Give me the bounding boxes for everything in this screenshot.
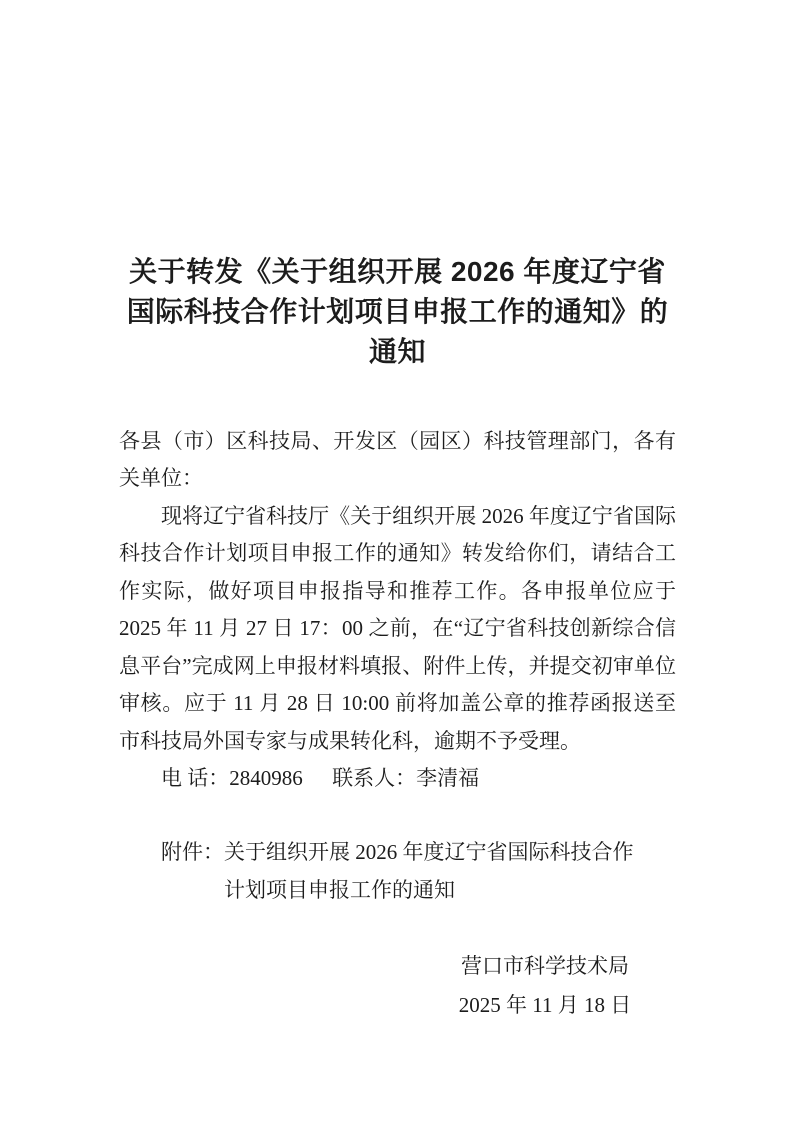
contact-person-label: 联系人： <box>332 766 416 790</box>
contact-line: 电 话：2840986联系人：李清福 <box>119 760 676 798</box>
document-page: 关于转发《关于组织开展 2026 年度辽宁省 国际科技合作计划项目申报工作的通知… <box>0 0 793 1122</box>
phone-number: 2840986 <box>229 766 303 790</box>
attachment-title-line-2: 计划项目申报工作的通知 <box>224 871 634 909</box>
salutation: 各县（市）区科技局、开发区（园区）科技管理部门，各有关单位： <box>119 423 676 498</box>
body-paragraph: 现将辽宁省科技厅《关于组织开展 2026 年度辽宁省国际科技合作计划项目申报工作… <box>119 498 676 761</box>
signature-date: 2025 年 11 月 18 日 <box>425 986 665 1025</box>
document-title-line-1: 关于转发《关于组织开展 2026 年度辽宁省 <box>119 252 676 292</box>
signature-issuer: 营口市科学技术局 <box>425 947 665 986</box>
attachment-title-line-1: 关于组织开展 2026 年度辽宁省国际科技合作 <box>224 833 634 871</box>
document-title-line-2: 国际科技合作计划项目申报工作的通知》的通知 <box>119 292 676 372</box>
phone-label: 电 话： <box>161 766 229 790</box>
document-title: 关于转发《关于组织开展 2026 年度辽宁省 国际科技合作计划项目申报工作的通知… <box>119 252 676 372</box>
attachment-title: 关于组织开展 2026 年度辽宁省国际科技合作 计划项目申报工作的通知 <box>224 833 634 909</box>
attachment-label: 附件： <box>161 833 224 871</box>
contact-person-name: 李清福 <box>416 766 479 790</box>
attachment-block: 附件： 关于组织开展 2026 年度辽宁省国际科技合作 计划项目申报工作的通知 <box>119 833 676 909</box>
signature-block: 营口市科学技术局 2025 年 11 月 18 日 <box>425 947 665 1025</box>
